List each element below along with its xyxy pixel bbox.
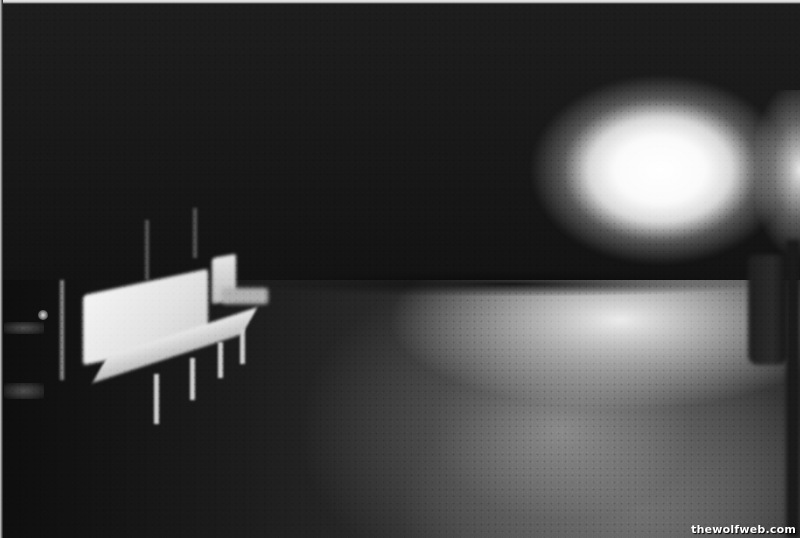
pole — [60, 280, 64, 380]
front-bench — [80, 262, 260, 432]
bench-leg — [240, 328, 245, 364]
right-edge-post — [786, 240, 800, 538]
bench-leg — [190, 358, 195, 400]
distant-light — [38, 310, 48, 320]
bench-leg — [218, 342, 223, 378]
light-streak — [4, 322, 44, 334]
lamp-post-base — [748, 255, 788, 365]
light-streak — [4, 383, 44, 399]
night-bench-photo: thewolfweb.com — [0, 0, 800, 538]
pole — [193, 208, 197, 258]
left-border — [0, 0, 3, 538]
watermark-text: thewolfweb.com — [691, 523, 796, 536]
bench-leg — [154, 374, 159, 424]
top-border — [0, 0, 800, 4]
